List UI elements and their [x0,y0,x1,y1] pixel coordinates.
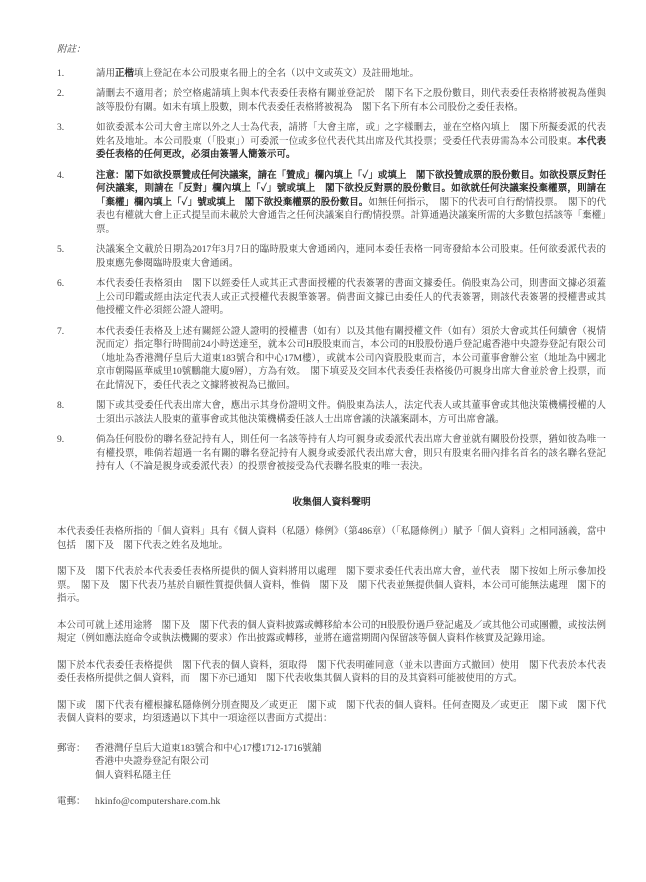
note-text-pre: 本代表委任表格及上述有關經公證人證明的授權書（如有）以及其他有關授權文件（如有）… [96,327,606,391]
email-value: hkinfo@computershare.com.hk [95,796,606,810]
note-text: 本代表委任表格須由 閣下以經委任人或其正式書面授權的代表簽署的書面文據委任。倘股… [96,278,606,319]
note-number: 3. [57,122,96,163]
page-content: 附註： 1. 請用正楷填上登記在本公司股東名冊上的全名（以中文或英文）及註冊地址… [57,44,606,810]
note-text-pre: 請刪去不適用者；於空格處請填上與本代表委任表格有關並登記於 閣下名下之股份數目，… [96,89,606,113]
note-number: 6. [57,278,96,319]
note-item-5: 5. 決議案全文載於日期為2017年3月7日的臨時股東大會通函內，連同本委任表格… [57,244,606,271]
note-text-pre: 請用 [96,69,115,79]
note-text: 請用正楷填上登記在本公司股東名冊上的全名（以中文或英文）及註冊地址。 [96,68,606,82]
note-number: 5. [57,244,96,271]
notes-heading: 附註： [57,44,606,58]
note-item-2: 2. 請刪去不適用者；於空格處請填上與本代表委任表格有關並登記於 閣下名下之股份… [57,88,606,115]
mail-address-line-1: 香港灣仔皇后大道東183號合和中心17樓1712-1716號舖 [95,743,606,757]
note-text: 決議案全文載於日期為2017年3月7日的臨時股東大會通函內，連同本委任表格一同寄… [96,244,606,271]
note-text-pre: 決議案全文載於日期為2017年3月7日的臨時股東大會通函內，連同本委任表格一同寄… [96,245,606,269]
note-number: 1. [57,68,96,82]
note-item-7: 7. 本代表委任表格及上述有關經公證人證明的授權書（如有）以及其他有關授權文件（… [57,326,606,394]
note-text-pre: 本代表委任表格須由 閣下以經委任人或其正式書面授權的代表簽署的書面文據委任。倘股… [96,279,606,316]
note-item-8: 8. 閣下或其受委任代表出席大會，應出示其身份證明文件。倘股東為法人，法定代表人… [57,400,606,427]
mail-address-line-2: 香港中央證券登記有限公司 [95,756,606,770]
contact-block: 郵寄： 香港灣仔皇后大道東183號合和中心17樓1712-1716號舖 香港中央… [57,743,606,810]
statement-paragraph-1: 本代表委任表格所指的「個人資料」具有《個人資料（私隱）條例》（第486章）（「私… [57,526,606,553]
note-text-pre: 倘為任何股份的聯名登記持有人，則任何一名該等持有人均可親身或委派代表出席大會並就… [96,435,606,472]
note-text-pre: 如欲委派本公司大會主席以外之人士為代表，請將「大會主席，或」之字樣刪去，並在空格… [96,123,606,147]
note-number: 4. [57,170,96,238]
note-item-1: 1. 請用正楷填上登記在本公司股東名冊上的全名（以中文或英文）及註冊地址。 [57,68,606,82]
statement-paragraph-5: 閣下或 閣下代表有權根據私隱條例分別查閱及／或更正 閣下或 閣下代表的個人資料。… [57,700,606,727]
statement-paragraph-3: 本公司可就上述用途將 閣下及 閣下代表的個人資料披露或轉移給本公司的H股股份過戶… [57,620,606,647]
note-text: 閣下或其受委任代表出席大會，應出示其身份證明文件。倘股東為法人，法定代表人或其董… [96,400,606,427]
note-text-bold: 正楷 [115,69,134,79]
note-text: 請刪去不適用者；於空格處請填上與本代表委任表格有關並登記於 閣下名下之股份數目，… [96,88,606,115]
statement-paragraph-4: 閣下於本代表委任表格提供 閣下代表的個人資料，須取得 閣下代表明確同意（並未以書… [57,660,606,687]
note-number: 8. [57,400,96,427]
note-text-pre: 閣下或其受委任代表出席大會，應出示其身份證明文件。倘股東為法人，法定代表人或其董… [96,401,606,425]
mail-address-line-3: 個人資料私隱主任 [95,770,606,784]
personal-data-statement-heading: 收集個人資料聲明 [57,496,606,510]
email-label: 電郵： [57,796,95,810]
note-item-6: 6. 本代表委任表格須由 閣下以經委任人或其正式書面授權的代表簽署的書面文據委任… [57,278,606,319]
mail-address: 香港灣仔皇后大道東183號合和中心17樓1712-1716號舖 香港中央證券登記… [95,743,606,784]
mail-label: 郵寄： [57,743,95,784]
note-text: 倘為任何股份的聯名登記持有人，則任何一名該等持有人均可親身或委派代表出席大會並就… [96,434,606,475]
email-contact-row: 電郵： hkinfo@computershare.com.hk [57,796,606,810]
note-item-9: 9. 倘為任何股份的聯名登記持有人，則任何一名該等持有人均可親身或委派代表出席大… [57,434,606,475]
statement-paragraph-2: 閣下及 閣下代表於本代表委任表格所提供的個人資料將用以處理 閣下要求委任代表出席… [57,566,606,607]
note-text: 本代表委任表格及上述有關經公證人證明的授權書（如有）以及其他有關授權文件（如有）… [96,326,606,394]
note-item-4: 4. 注意：閣下如欲投票贊成任何決議案，請在「贊成」欄內填上「✓」或填上 閣下欲… [57,170,606,238]
note-number: 9. [57,434,96,475]
note-text-post: 填上登記在本公司股東名冊上的全名（以中文或英文）及註冊地址。 [134,69,419,79]
note-number: 7. [57,326,96,394]
proxy-form-notes-page: 附註： 1. 請用正楷填上登記在本公司股東名冊上的全名（以中文或英文）及註冊地址… [0,0,646,882]
note-item-3: 3. 如欲委派本公司大會主席以外之人士為代表，請將「大會主席，或」之字樣刪去，並… [57,122,606,163]
note-text: 如欲委派本公司大會主席以外之人士為代表，請將「大會主席，或」之字樣刪去，並在空格… [96,122,606,163]
note-number: 2. [57,88,96,115]
mail-contact-row: 郵寄： 香港灣仔皇后大道東183號合和中心17樓1712-1716號舖 香港中央… [57,743,606,784]
note-text: 注意：閣下如欲投票贊成任何決議案，請在「贊成」欄內填上「✓」或填上 閣下欲投贊成… [96,170,606,238]
